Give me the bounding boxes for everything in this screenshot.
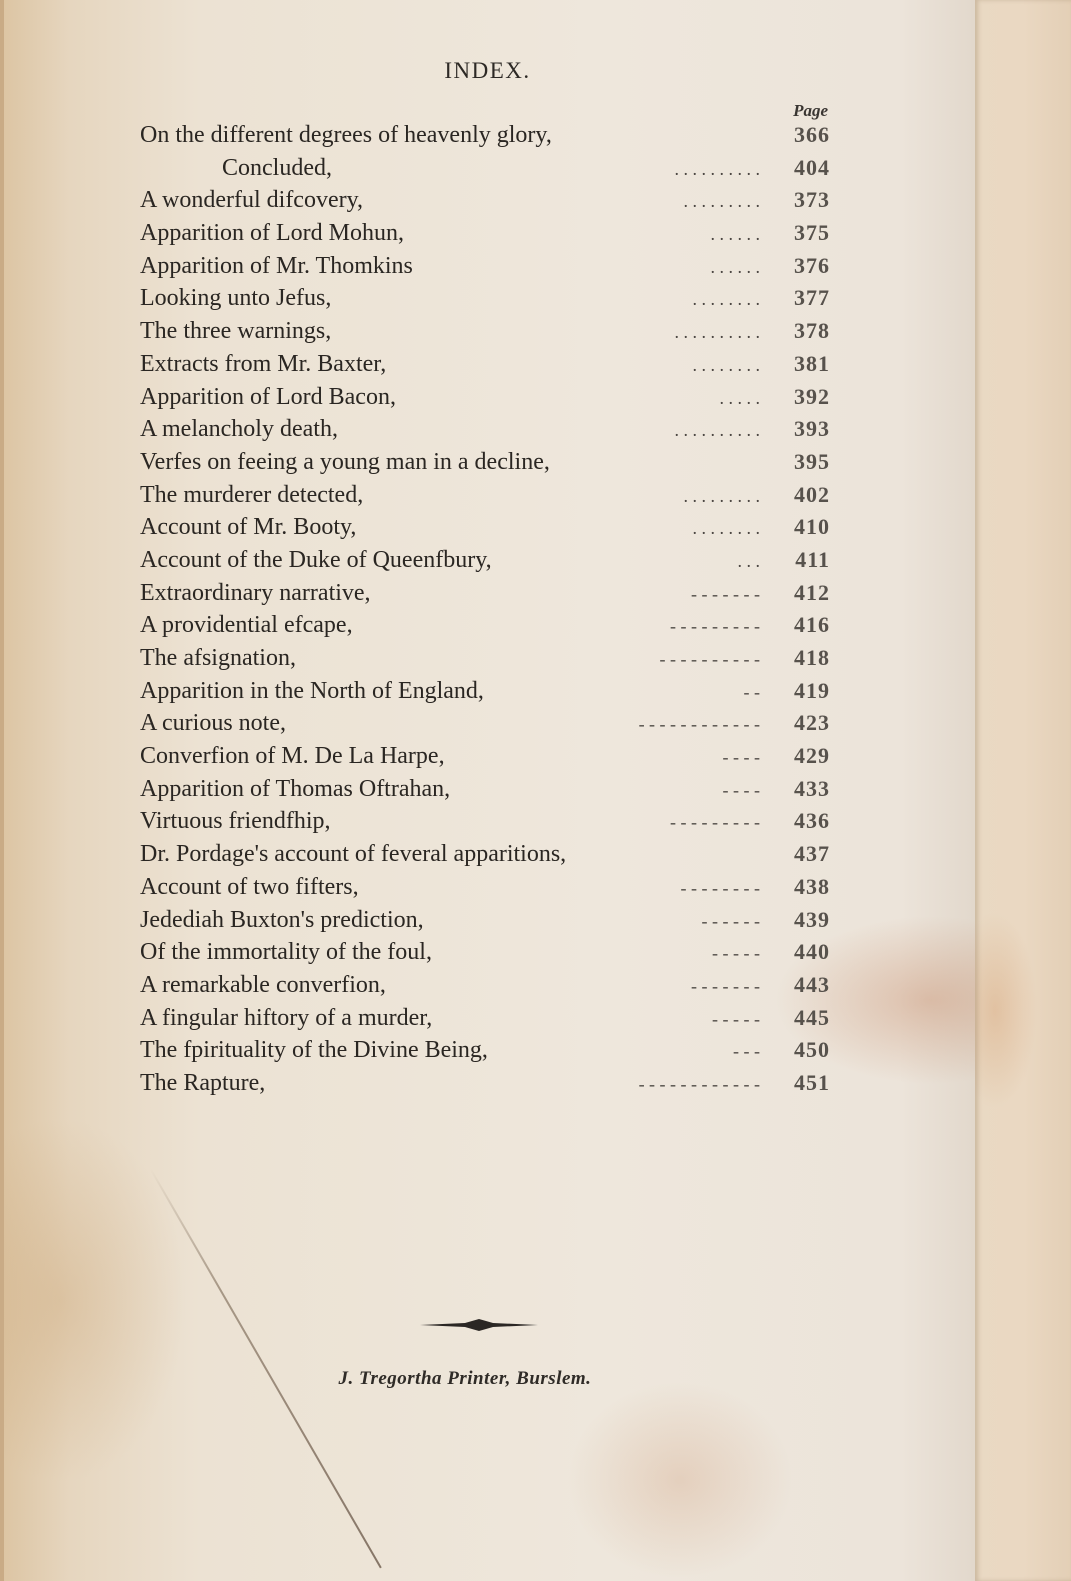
entry-page: 445 <box>768 1002 830 1034</box>
entry-page: 439 <box>768 904 830 936</box>
entry-title: Concluded, <box>140 152 332 184</box>
entry-leader: - - - - - - - - - - - - <box>296 708 760 740</box>
entry-page: 438 <box>768 871 830 903</box>
entry-page: 412 <box>768 577 830 609</box>
index-entry: A melancholy death,. . . . . . . . . .39… <box>140 413 830 446</box>
index-entry: A wonderful difcovery,. . . . . . . . .3… <box>140 184 830 217</box>
entry-page: 433 <box>768 773 830 805</box>
index-entry: Of the immortality of the foul,- - - - -… <box>140 936 830 969</box>
entry-leader: - - - - - - - <box>381 578 760 610</box>
entry-page: 392 <box>768 381 830 413</box>
entry-leader: - - - - - - - - <box>369 872 760 904</box>
entry-title: A curious note, <box>140 707 286 739</box>
entry-title: Extracts from Mr. Baxter, <box>140 348 386 380</box>
index-entry: On the different degrees of heavenly glo… <box>140 119 830 152</box>
entry-leader: . . . . . . . . . . <box>348 414 760 446</box>
entry-page: 375 <box>768 217 830 249</box>
entry-leader: - - - - - - - <box>396 970 760 1002</box>
entry-title: The fpirituality of the Divine Being, <box>140 1034 488 1066</box>
index-entry: The murderer detected,. . . . . . . . .4… <box>140 479 830 512</box>
entry-page: 402 <box>768 479 830 511</box>
entry-leader: . . . <box>502 545 760 577</box>
index-entry: The fpirituality of the Divine Being,- -… <box>140 1034 830 1067</box>
adjacent-page-edge <box>975 0 1071 1581</box>
entry-title: Apparition of Thomas Oftrahan, <box>140 773 450 805</box>
index-entry: Extraordinary narrative,- - - - - - -412 <box>140 577 830 610</box>
entry-leader: . . . . . . . . . <box>373 185 760 217</box>
index-entry: The Rapture,- - - - - - - - - - - -451 <box>140 1067 830 1100</box>
index-entry: Verfes on feeing a young man in a declin… <box>140 446 830 479</box>
entry-title: Of the immortality of the foul, <box>140 936 432 968</box>
entry-leader: - - - - - - - - - - <box>306 643 760 675</box>
index-entry: A remarkable converfion,- - - - - - -443 <box>140 969 830 1002</box>
entry-leader: . . . . . . . . . <box>373 480 760 512</box>
entry-title: Account of two fifters, <box>140 871 359 903</box>
entry-page: 419 <box>768 675 830 707</box>
entry-page: 373 <box>768 184 830 216</box>
entry-title: Account of Mr. Booty, <box>140 511 356 543</box>
entry-leader: - - <box>494 676 760 708</box>
entry-leader: . . . . . . . . . . <box>341 316 760 348</box>
index-entry: The three warnings,. . . . . . . . . .37… <box>140 315 830 348</box>
entry-page: 423 <box>768 707 830 739</box>
index-entry: Dr. Pordage's account of feveral apparit… <box>140 838 830 871</box>
entry-title: A providential efcape, <box>140 609 353 641</box>
entry-leader: - - - - - - <box>434 905 760 937</box>
entry-leader: . . . . . . . . . . <box>342 153 760 185</box>
entry-page: 393 <box>768 413 830 445</box>
page-column-label: Page <box>758 101 828 121</box>
index-entry: Looking unto Jefus,. . . . . . . .377 <box>140 282 830 315</box>
entry-leader: . . . . . . . . <box>366 512 760 544</box>
entry-title: Verfes on feeing a young man in a declin… <box>140 446 550 478</box>
entry-title: A melancholy death, <box>140 413 338 445</box>
entry-title: Dr. Pordage's account of feveral apparit… <box>140 838 566 870</box>
index-entry: Extracts from Mr. Baxter,. . . . . . . .… <box>140 348 830 381</box>
index-entry: Apparition of Lord Mohun,. . . . . .375 <box>140 217 830 250</box>
entry-leader: . . . . . . <box>423 251 760 283</box>
book-page: INDEX. Page On the different degrees of … <box>0 0 975 1581</box>
entry-title: Converfion of M. De La Harpe, <box>140 740 445 772</box>
index-entry: Converfion of M. De La Harpe,- - - -429 <box>140 740 830 773</box>
index-entry: Account of the Duke of Queenfbury,. . .4… <box>140 544 830 577</box>
entry-title: Apparition of Mr. Thomkins <box>140 250 413 282</box>
entry-title: The murderer detected, <box>140 479 363 511</box>
diamond-rule-ornament-icon <box>420 1318 538 1332</box>
entry-page: 451 <box>768 1067 830 1099</box>
printer-imprint: J. Tregortha Printer, Burslem. <box>0 1368 930 1390</box>
entry-page: 440 <box>768 936 830 968</box>
index-entry: Account of Mr. Booty,. . . . . . . .410 <box>140 511 830 544</box>
index-entry: Concluded,. . . . . . . . . .404 <box>140 152 830 185</box>
entry-title: Apparition of Lord Bacon, <box>140 381 396 413</box>
entry-leader: - - - <box>498 1035 760 1067</box>
entry-leader: . . . . . . . . <box>341 283 760 315</box>
page-title: INDEX. <box>0 58 975 84</box>
entry-title: Virtuous friendfhip, <box>140 805 331 837</box>
entry-title: On the different degrees of heavenly glo… <box>140 119 552 151</box>
entry-page: 377 <box>768 282 830 314</box>
entry-leader: - - - - - - - - - <box>363 610 760 642</box>
entry-page: 366 <box>768 119 830 151</box>
entry-title: A remarkable converfion, <box>140 969 386 1001</box>
index-entry: Apparition in the North of England,- -41… <box>140 675 830 708</box>
entry-title: The Rapture, <box>140 1067 265 1099</box>
index-entry: Virtuous friendfhip,- - - - - - - - -436 <box>140 805 830 838</box>
entry-title: A wonderful difcovery, <box>140 184 363 216</box>
entry-title: Apparition of Lord Mohun, <box>140 217 404 249</box>
entry-leader: - - - - - <box>442 937 760 969</box>
entry-leader: . . . . . <box>406 382 760 414</box>
entry-leader: . . . . . . . . <box>396 349 760 381</box>
entry-leader: - - - - - - - - - <box>341 806 760 838</box>
entry-title: A fingular hiftory of a murder, <box>140 1002 432 1034</box>
entry-page: 381 <box>768 348 830 380</box>
entry-title: Apparition in the North of England, <box>140 675 484 707</box>
entry-page: 410 <box>768 511 830 543</box>
entry-title: Looking unto Jefus, <box>140 282 331 314</box>
entry-page: 376 <box>768 250 830 282</box>
entry-leader: - - - - - <box>442 1003 760 1035</box>
entry-page: 411 <box>768 544 830 576</box>
index-list: On the different degrees of heavenly glo… <box>140 119 830 1100</box>
index-entry: A providential efcape,- - - - - - - - -4… <box>140 609 830 642</box>
index-entry: Apparition of Mr. Thomkins. . . . . .376 <box>140 250 830 283</box>
index-entry: A curious note,- - - - - - - - - - - -42… <box>140 707 830 740</box>
entry-leader: - - - - <box>455 741 760 773</box>
entry-page: 437 <box>768 838 830 870</box>
entry-title: The afsignation, <box>140 642 296 674</box>
entry-title: Extraordinary narrative, <box>140 577 371 609</box>
index-entry: Apparition of Thomas Oftrahan,- - - -433 <box>140 773 830 806</box>
entry-leader: - - - - <box>460 774 760 806</box>
index-entry: A fingular hiftory of a murder,- - - - -… <box>140 1002 830 1035</box>
entry-title: The three warnings, <box>140 315 331 347</box>
entry-page: 378 <box>768 315 830 347</box>
entry-leader: . . . . . . <box>414 218 760 250</box>
entry-page: 395 <box>768 446 830 478</box>
index-entry: Apparition of Lord Bacon,. . . . .392 <box>140 381 830 414</box>
entry-page: 429 <box>768 740 830 772</box>
entry-page: 443 <box>768 969 830 1001</box>
index-entry: The afsignation,- - - - - - - - - -418 <box>140 642 830 675</box>
entry-page: 436 <box>768 805 830 837</box>
index-entry: Account of two fifters,- - - - - - - -43… <box>140 871 830 904</box>
entry-page: 450 <box>768 1034 830 1066</box>
index-entry: Jedediah Buxton's prediction,- - - - - -… <box>140 904 830 937</box>
entry-page: 416 <box>768 609 830 641</box>
entry-page: 404 <box>768 152 830 184</box>
entry-page: 418 <box>768 642 830 674</box>
entry-title: Account of the Duke of Queenfbury, <box>140 544 492 576</box>
entry-leader: - - - - - - - - - - - - <box>275 1068 760 1100</box>
entry-title: Jedediah Buxton's prediction, <box>140 904 424 936</box>
